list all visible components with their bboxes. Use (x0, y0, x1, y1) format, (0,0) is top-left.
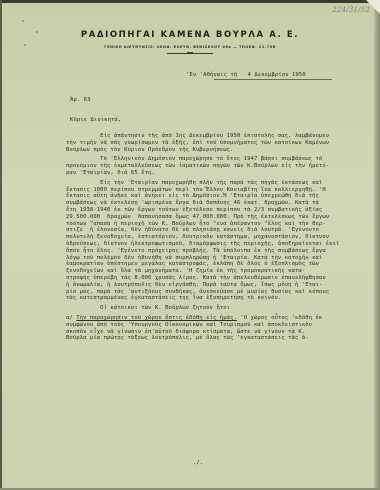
text-line: τὰς κατεστραμμένας ἐγκαταστάσεις της ἵνα… (66, 295, 366, 302)
text-line: Βούρλων πρὸς τὸν Κύριον Πρόεδρον τῆς Κυβ… (66, 147, 366, 154)
scan-top-edge (0, 0, 372, 3)
letterhead-rule (167, 53, 213, 54)
paper-speck (22, 20, 24, 22)
scan-left-edge (0, 0, 2, 490)
text-line: ραν 'Εταιρίαν, διὰ 65 ἔτη. (66, 170, 366, 177)
text-line: συμφώνου ἀπὸ τοὺς 'Υπουργοὺς Οἰκονομικῶν… (66, 322, 366, 329)
text-line: τὴν τιμὴν νὰ σᾶς γνωρίσωμεν τὰ ἑξῆς, ἐπὶ… (66, 140, 366, 147)
paragraph-concession: Τὸ 'Ελληνικὸν Δημόσιον παρεχώρησε τὸ ἔτο… (66, 156, 366, 176)
text-line: Εἰς τὴν 'Εταιρίαν παρεχωρήθη πλὴν τῆς πα… (66, 180, 366, 187)
reference-number: Ἀρ. 63 (70, 97, 91, 104)
letterhead: ΡΑΔΙΟΠΗΓΑΙ ΚΑΜΕΝΑ ΒΟΥΡΛΑ Α. Ε. ΓΕΝΙΚΗ ΔΙ… (0, 30, 380, 54)
point-a-text: 'Ο χῶρος οὗτος 'εδόθη ἐκ (237, 315, 322, 321)
text-line: Εἰς ἀπάντησιν τῆς ἀπὸ 1ης Δεκεμβρίου 195… (66, 133, 366, 140)
company-name: ΡΑΔΙΟΠΗΓΑΙ ΚΑΜΕΝΑ ΒΟΥΡΛΑ Α. Ε. (0, 30, 380, 40)
text-line: ξενοδοχείων καὶ ὅλα τὰ μηχανήματα. 'Η ζη… (66, 268, 366, 275)
point-a-first-line: α/ Τὴν παραχώρησιν τοῦ χώρου ὅστις ἐδόθη… (66, 315, 366, 322)
company-address: ΓΕΝΙΚΗ ΔΙΕΥΘΥΝΣΙΣ: ΛΕΩΦ. ΕΛΕΥΘ. ΒΕΝΙΖΕΛΟ… (0, 45, 380, 49)
point-marker: α/ (66, 315, 73, 321)
text-line: ἡ ἀνωμαλία, ἡ λουτρόπολις δὲν εἰργάσθη. … (66, 282, 366, 289)
text-line: 29.500.000 δραχμῶν δαπανήσασα ὅμως 47.00… (66, 214, 366, 221)
text-line: συμβάσεως νὰ ἐκτελέσῃ 'ωρισμένα ἔργα διὰ… (66, 200, 366, 207)
text-line: ὑδρεύσεως, δίκτυον ἠλεκτροφωτισμοῦ, διαμ… (66, 241, 366, 248)
point-a-heading: Τὴν παραχώρησιν τοῦ χώρου ὅστις ἐδόθη εἰ… (76, 315, 237, 321)
text-line: ὅπου ἦτο ἕλος. 'Εγένετο πρόχειρος προβλή… (66, 248, 366, 255)
dateline-underline (214, 79, 332, 80)
text-line: ἔτη 1938-1940 ἐκ τῶν ἔργων τούτων ἐξετέλ… (66, 207, 366, 214)
text-line: προνόμιον τῆς ἐκμεταλλεύσεως τῶν ἰαματικ… (66, 163, 366, 170)
point-a: α/ Τὴν παραχώρησιν τοῦ χώρου ὅστις ἐδόθη… (66, 315, 366, 342)
text-line: Βοῦρλα μία πρώτης τάξεως λουτρόπολις, μὲ… (66, 335, 366, 342)
letter-body: Εἰς ἀπάντησιν τῆς ἀπὸ 1ης Δεκεμβρίου 195… (66, 133, 366, 342)
continuation-mark: ./. (193, 460, 203, 467)
scanned-letter-page: 224/31/52 ΡΑΔΙΟΠΗΓΑΙ ΚΑΜΕΝΑ ΒΟΥΡΛΑ Α. Ε.… (0, 0, 380, 490)
dateline: 'Εν 'Αθήναις τῇ 4 Δεκεμβρίου 1950 (186, 72, 306, 79)
text-line: Οἱ κάτοικοι τῶν Κ. Βούρλων ζητοῦν ἤτοι (66, 305, 366, 312)
salutation: Κύριε Διοικητά, (70, 117, 121, 124)
paragraph-demands-intro: Οἱ κάτοικοι τῶν Κ. Βούρλων ζητοῦν ἤτοι (66, 305, 366, 312)
text-line: πολυτελῆ ξενοδοχεῖα, ἑστιατόριον, Λουτρι… (66, 234, 366, 241)
archive-reference: 224/31/52 (332, 6, 370, 14)
text-line: στροφῆς ὑπερέβη τὰς 8.000 χρυσᾶς λίρας. … (66, 275, 366, 282)
scan-right-edge (374, 0, 380, 490)
paragraph-reply: Εἰς ἀπάντησιν τῆς ἀπὸ 1ης Δεκεμβρίου 195… (66, 133, 366, 153)
paragraph-history: Εἰς τὴν 'Εταιρίαν παρεχωρήθη πλὴν τῆς πα… (66, 180, 366, 302)
